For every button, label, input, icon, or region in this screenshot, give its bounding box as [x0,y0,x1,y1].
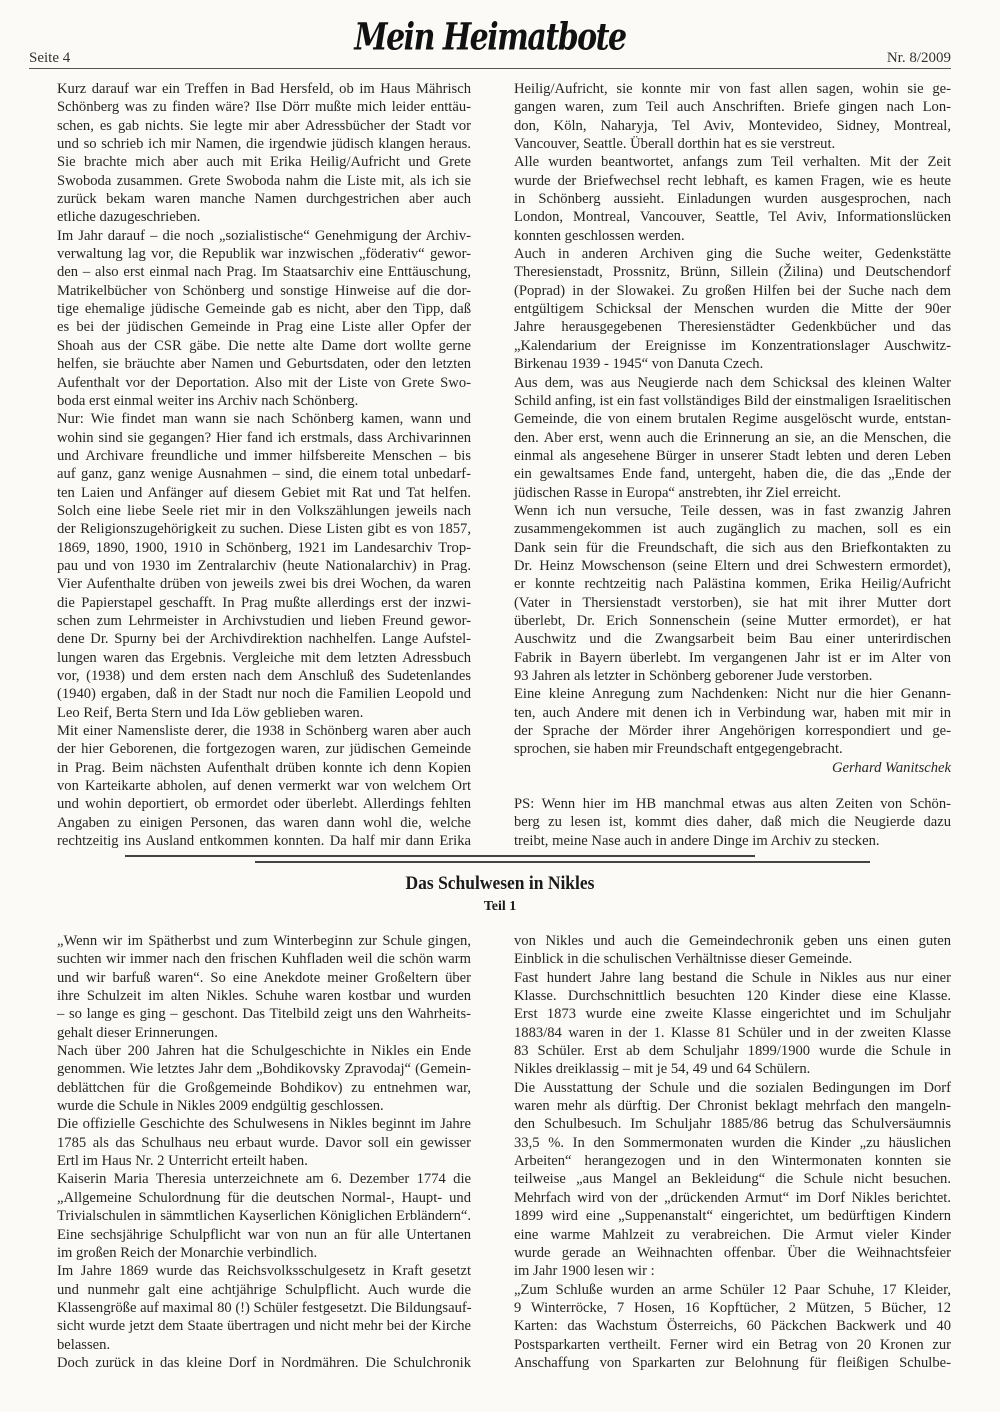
article1-column-right: Heilig/Aufricht, sie konnte mir von fast… [514,80,951,850]
text-line: er konnte rechtzeitig nach Palästina kom… [514,575,951,593]
text-line: 93 Jahren als letzter in Schönberg gebor… [514,667,951,685]
text-line: Gemeinde, die von einem brutalen Regime … [514,410,951,428]
text-line: ihre Schulzeit im alten Nikles. Schuhe w… [57,987,471,1005]
text-line: 1899 wird eine „Suppenanstalt“ eingerich… [514,1207,951,1225]
text-line: Vancouver, Seattle. Überall dorthin hat … [514,135,951,153]
text-line: wurde die Schule in Nikles 2009 endgülti… [57,1097,471,1115]
text-line: zusammengekommen ist auch zugänglich zu … [514,520,951,538]
text-line: (1940) ergaben, daß in der Stadt nur noc… [57,685,471,703]
text-line: Im Jahr darauf – die noch „sozialistisch… [57,227,471,245]
text-line: 1869, 1890, 1900, 1910 in Schönberg, 192… [57,539,471,557]
text-line: Mehrfach wird von der „drückenden Armut“… [514,1189,951,1207]
text-line: don, Köln, Naharyja, Tel Aviv, Montevide… [514,117,951,135]
text-line: Schild anfing, ist ein fast vollständige… [514,392,951,410]
masthead-logo: Mein Heimatbote [354,16,625,60]
text-line: und wir barfuß waren“. So eine Anekdote … [57,969,471,987]
text-line: von Nikles und auch die Gemeindechronik … [514,932,951,950]
text-line: Doch zurück in das kleine Dorf in Nordmä… [57,1354,471,1372]
text-line: ten Laien und Anfänger auf diesem Gebiet… [57,484,471,502]
text-line: „Kalendarium der Ereignisse im Konzentra… [514,337,951,355]
article-subtitle: Teil 1 [0,899,1000,915]
text-line: lungen waren das Ergebnis. Vergleiche mi… [57,649,471,667]
text-line: Arbeiten“ herangezogen und in den Winter… [514,1152,951,1170]
text-line: Die offizielle Geschichte des Schulwesen… [57,1115,471,1133]
spacer [514,777,951,795]
text-line: ten, auch Andere mit denen ich in Verbin… [514,704,951,722]
text-line: teilweise „aus Mangel an Bekleidung“ die… [514,1170,951,1188]
text-line: treibt, meine Nase auch in andere Dinge … [514,832,951,850]
text-line: eine warme Mahlzeit zu verabreichen. Die… [514,1226,951,1244]
text-line: den – also erst einmal nach Prag. Im Sta… [57,263,471,281]
text-line: Nikles dreiklassig – mit je 54, 49 und 6… [514,1060,951,1078]
text-line: (Vater in Thersienstadt verstorben), sie… [514,594,951,612]
text-line: es bei der jüdischen Gemeinde in Prag ei… [57,318,471,336]
text-line: zurück bekam waren manche Namen durchges… [57,190,471,208]
text-line: Dank sein für die Freundschaft, die sich… [514,539,951,557]
postscript: PS: Wenn hier im HB manchmal etwas aus a… [514,795,951,850]
text-line: Vier Aufenthalte drüben von jeweils zwei… [57,575,471,593]
text-line: Heilig/Aufricht, sie konnte mir von fast… [514,80,951,98]
article2-column-left: „Wenn wir im Spätherbst und zum Winterbe… [57,932,471,1372]
text-line: Karten: das Wachstum Österreichs, 60 Päc… [514,1317,951,1335]
text-line: Aus dem, was aus Neugierde nach dem Schi… [514,374,951,392]
text-line: den. Aber erst, wenn auch die Erinnerung… [514,429,951,447]
text-line: Postsparkarten vertheilt. Ferner wird ei… [514,1336,951,1354]
text-line: „Allgemeine Schulordnung für die deutsch… [57,1189,471,1207]
text-line: sprochen, sie haben mir Freundschaft ent… [514,740,951,758]
text-line: (Poprad) in der Slowakei. Zu großen Hilf… [514,282,951,300]
text-line: auf ganz, ganz wenige Ausnahmen – sind, … [57,465,471,483]
text-line: Eine sechsjährige Schulpflicht war von n… [57,1226,471,1244]
text-line: 1785 als das Schulhaus neu erbaut wurde.… [57,1134,471,1152]
text-line: Alle wurden beantwortet, anfangs zum Tei… [514,153,951,171]
text-line: waren mehr als dürftig. Der Chronist bek… [514,1097,951,1115]
text-line: Birkenau 1939 - 1945“ von Danuta Czech. [514,355,951,373]
text-line: Sie brachte mich aber auch mit Erika Hei… [57,153,471,171]
text-line: – so lange es ging – geschont. Das Titel… [57,1005,471,1023]
text-line: 83 Schüler. Erst ab dem Schuljahr 1899/1… [514,1042,951,1060]
text-line: Trivialschulen in sämmtlichen Kayserlich… [57,1207,471,1225]
text-line: helfen, sie bräuchte aber Namen und Gebu… [57,355,471,373]
text-line: „Wenn wir im Spätherbst und zum Winterbe… [57,932,471,950]
text-line: dene Dr. Spurny bei der Archivdirektion … [57,630,471,648]
text-line: etliche dazugeschrieben. [57,208,471,226]
text-line: Angaben zu einigen Personen, das waren d… [57,814,471,832]
text-line: den Schulbesuch. Im Schuljahr 1885/86 be… [514,1115,951,1133]
text-line: und wohin deportiert, ob ermordet oder ü… [57,795,471,813]
text-line: „Zum Schluße wurden an arme Schüler 12 P… [514,1281,951,1299]
issue-number: Nr. 8/2009 [887,50,951,67]
text-line: Schönberg was zu finden wäre? Ilse Dörr … [57,98,471,116]
text-line: Shoah aus der CSR gäbe. Die nette alte D… [57,337,471,355]
text-line: der Sprache der Mörder ihrer Angehörigen… [514,722,951,740]
text-line: Fast hundert Jahre lang bestand die Schu… [514,969,951,987]
text-line: tige ehemalige jüdische Gemeinde gab es … [57,300,471,318]
text-line: Auch in anderen Archiven ging die Suche … [514,245,951,263]
text-line: Anschaffung von Sparkarten zur Belohnung… [514,1354,951,1372]
text-line: deblättchen für die Großgemeinde Bohdiko… [57,1079,471,1097]
text-line: in Prag. Beim nächsten Aufenthalt drüben… [57,759,471,777]
text-line: genommen. Wie letztes Jahr dem „Bohdikov… [57,1060,471,1078]
text-line: jüdischen Rasse in Europa“ anstrebten, i… [514,484,951,502]
text-line: PS: Wenn hier im HB manchmal etwas aus a… [514,795,951,813]
text-line: Im Jahre 1869 wurde das Reichsvolksschul… [57,1262,471,1280]
text-line: Klassengröße auf maximal 80 (!) Schüler … [57,1299,471,1317]
text-line: Einblick in die schulischen Verhältnisse… [514,950,951,968]
text-line: Klasse. Durchschnittlich besuchten 120 K… [514,987,951,1005]
text-line: gangen waren, zum Teil auch Anschriften.… [514,98,951,116]
author-signature: Gerhard Wanitschek [514,759,951,777]
separator-rule [255,861,870,863]
text-line: und nunmehr galt eine achtjährige Schulp… [57,1281,471,1299]
text-line: Matrikelbücher von Schönberg und sonstig… [57,282,471,300]
text-line: Wenn ich nun versuche, Teile dessen, was… [514,502,951,520]
text-line: 33,5 %. In den Sommermonaten wurden die … [514,1134,951,1152]
text-line: verwaltung lag vor, die Republik war inz… [57,245,471,263]
text-line: boda erst einmal weiter ins Archiv nach … [57,392,471,410]
text-line: 1883/84 waren in der 1. Klasse 81 Schüle… [514,1024,951,1042]
text-line: entgültigem Schicksal der Menschen wurde… [514,300,951,318]
article2-column-right: von Nikles und auch die Gemeindechronik … [514,932,951,1372]
text-line: der hier Geborenen, die fortgezogen ware… [57,740,471,758]
text-line: berg zu lesen ist, kommt dies daher, daß… [514,813,951,831]
text-line: konnten geschlossen werden. [514,227,951,245]
article1-column-left: Kurz darauf war ein Treffen in Bad Hersf… [57,80,471,850]
text-line: die Papierstapel geschafft. In Prag mußt… [57,594,471,612]
text-line: Auschwitz und die Zwangsarbeit beim Bau … [514,630,951,648]
text-line: pau und von 1930 im Zentralarchiv (heute… [57,557,471,575]
text-line: Aufenthalt vor der Deportation. Also mit… [57,374,471,392]
text-line: Kurz darauf war ein Treffen in Bad Hersf… [57,80,471,98]
separator-rule [125,855,755,857]
text-line: einmal als angesehene Bürger in unserer … [514,447,951,465]
article-title: Das Schulwesen in Nikles [40,873,960,895]
text-line: in Schönberg aussieht. Einladungen wurde… [514,190,951,208]
text-line: wurde gerade an Weihnachten offenbar. Üb… [514,1244,951,1262]
text-line: gehalt dieser Erinnerungen. [57,1024,471,1042]
text-line: Leo Reif, Berta Stern und Ida Löw geblie… [57,704,471,722]
text-line: Nur: Wie findet man wann sie nach Schönb… [57,410,471,428]
text-line: 9 Winterröcke, 7 Hosen, 16 Kopftücher, 2… [514,1299,951,1317]
text-line: im Jahr 1900 lesen wir : [514,1262,951,1280]
header-rule [29,68,951,69]
text-line: überlebt, Dr. Erich Sonnenschein (seine … [514,612,951,630]
text-line: Mit einer Namensliste derer, die 1938 in… [57,722,471,740]
page-header: Seite 4 Mein Heimatbote Nr. 8/2009 [29,0,951,70]
text-line: suchten wir immer nach den frischen Kuhf… [57,950,471,968]
text-line: Swoboda zusammen. Grete Swoboda nahm die… [57,172,471,190]
text-line: Eine kleine Anregung zum Nachdenken: Nic… [514,685,951,703]
text-line: Die Ausstattung der Schule und die sozia… [514,1079,951,1097]
text-line: schen, es gab nichts. Sie legte mir aber… [57,117,471,135]
text-line: Ertl im Haus Nr. 2 Unterricht erteilt ha… [57,1152,471,1170]
text-line: Solch eine liebe Seele riet mir in den V… [57,502,471,520]
text-line: vor, (1938) und dem ersten nach dem Ansc… [57,667,471,685]
text-line: Kaiserin Maria Theresia unterzeichnete a… [57,1170,471,1188]
text-line: rechtzeitig ins Ausland entkommen konnte… [57,832,471,850]
text-line: Fabrik in Bayern überlebt. Im vergangene… [514,649,951,667]
text-line: belassen. [57,1336,471,1354]
text-line: im großen Reich der Monarchie verbindlic… [57,1244,471,1262]
text-line: schen zum Lehrmeister in Archivstudien u… [57,612,471,630]
text-line: und so schrieb ich mir Namen, die irgend… [57,135,471,153]
text-line: Theresienstadt, Prossnitz, Brünn, Sillei… [514,263,951,281]
text-line: sicht wurde jetzt dem Staate übertragen … [57,1317,471,1335]
text-line: und Archivare freundliche und immer hilf… [57,447,471,465]
text-line: London, Montreal, Vancouver, Seattle, Te… [514,208,951,226]
text-line: Nach über 200 Jahren hat die Schulgeschi… [57,1042,471,1060]
text-line: wurde der Briefwechsel recht lebhaft, es… [514,172,951,190]
article1-right-body: Heilig/Aufricht, sie konnte mir von fast… [514,80,951,759]
text-line: Erst 1873 wurde eine zweite Klasse einge… [514,1005,951,1023]
text-line: der Religionszugehörigkeit zu suchen. Di… [57,520,471,538]
text-line: von Karteikarte abholen, auf denen verme… [57,777,471,795]
page-number: Seite 4 [29,50,70,67]
text-line: Dr. Heinz Mowschenson (seine Eltern und … [514,557,951,575]
text-line: ein gewaltsames Ende fand, untergeht, ha… [514,465,951,483]
text-line: Jahre herausgegebenen Theresienstädter G… [514,318,951,336]
text-line: wohin sind sie gegangen? Hier fand ich e… [57,429,471,447]
